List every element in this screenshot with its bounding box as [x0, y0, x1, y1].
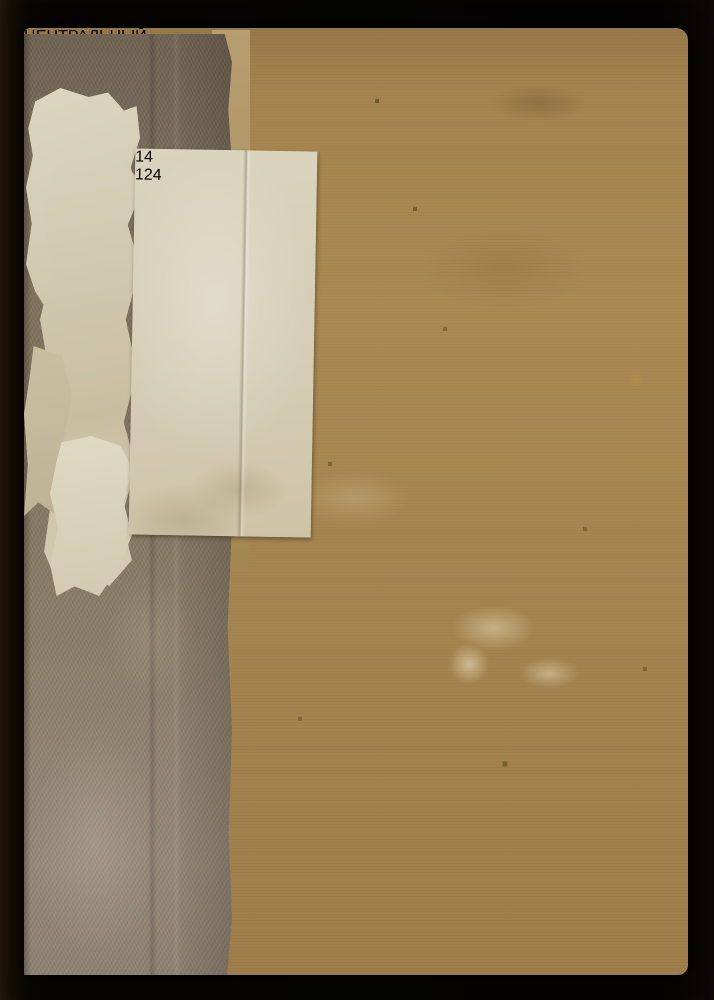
book-cover: 14 124 ЦЕНТРАЛЬНЫЙ ГОСУДАРСТВЕННЫЙ ИСТОР…	[24, 28, 688, 975]
photo-backdrop: 14 124 ЦЕНТРАЛЬНЫЙ ГОСУДАРСТВЕННЫЙ ИСТОР…	[0, 0, 714, 1000]
board-specks	[24, 28, 26, 30]
handwritten-number-bottom: 124	[135, 166, 317, 187]
spine-paper-label: 14 124	[129, 148, 318, 537]
